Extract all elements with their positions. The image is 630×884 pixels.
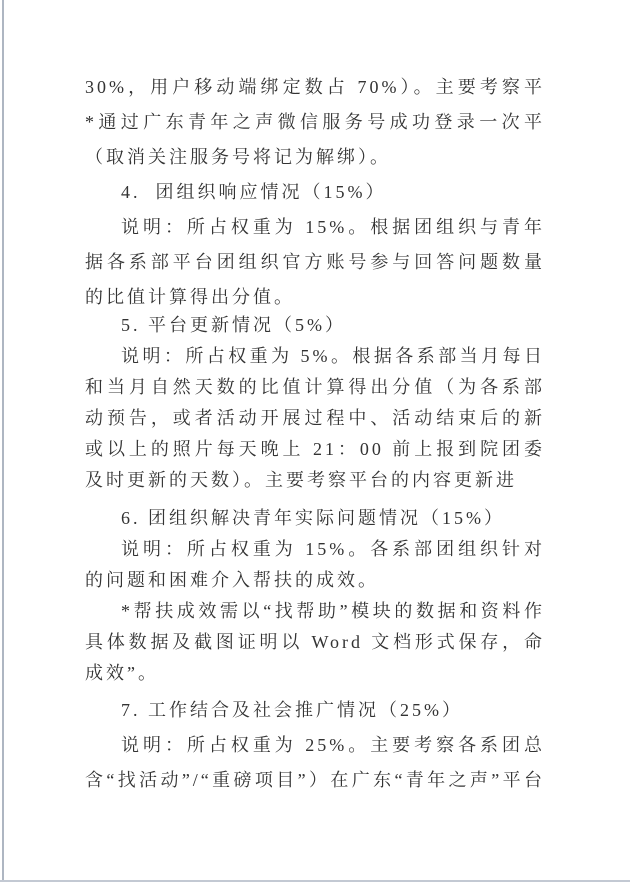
text-line: 说明：所占权重为 15%。各系部团组织针对青年在平台反映 — [85, 534, 545, 565]
text-line: 或以上的照片每天晚上 21：00 前上报到院团委张沛燊处，即视为 — [85, 434, 545, 465]
text-line: 说明：所占权重为 15%。根据团组织与青年互动的情况，根 — [85, 210, 545, 245]
text-line: *通过广东青年之声微信服务号成功登录一次平台，即绑定移动端 — [85, 105, 545, 140]
heading-5: 5. 平台更新情况（5%） — [85, 310, 545, 341]
document-page: 30%，用户移动端绑定数占 70%）。主要考察平台的用户增长。*通过广东青年之声… — [0, 0, 630, 884]
para-7: 说明：所占权重为 25%。主要考察各系团总支重点工作（包含“找活动”/“重磅项目… — [85, 728, 545, 798]
text-line: 和当月自然天数的比值计算得出分值（为各系部开展活动前的活 — [85, 372, 545, 403]
text-line: 成效”。 — [85, 658, 545, 689]
para-5: 说明：所占权重为 5%。根据各系部当月每日及时更新的天数和当月自然天数的比值计算… — [85, 341, 545, 496]
section-heading-line: 6. 团组织解决青年实际问题情况（15%） — [85, 503, 545, 534]
text-line: 30%，用户移动端绑定数占 70%）。主要考察平台的用户增长。 — [85, 70, 545, 105]
section-heading-line: 7. 工作结合及社会推广情况（25%） — [85, 695, 545, 726]
document-content: 30%，用户移动端绑定数占 70%）。主要考察平台的用户增长。*通过广东青年之声… — [85, 70, 545, 798]
para-continuation: 30%，用户移动端绑定数占 70%）。主要考察平台的用户增长。 — [85, 70, 545, 105]
text-line: （取消关注服务号将记为解绑）。 — [85, 140, 545, 175]
para-4: 说明：所占权重为 15%。根据团组织与青年互动的情况，根据各系部平台团组织官方账… — [85, 210, 545, 315]
heading-7: 7. 工作结合及社会推广情况（25%） — [85, 695, 545, 726]
text-line: *帮扶成效需以“找帮助”模块的数据和资料作为依据，并将 — [85, 596, 545, 627]
page-bottom-edge — [0, 880, 630, 882]
text-line: 动预告，或者活动开展过程中、活动结束后的新闻稿，以及 3 张 — [85, 403, 545, 434]
text-line: 据各系部平台团组织官方账号参与回答问题数量和本系学生人数 — [85, 245, 545, 280]
text-line: 具体数据及截图证明以 Word 文档形式保存，命名为“系部+帮扶 — [85, 627, 545, 658]
section-heading-line: 4. 团组织响应情况（15%） — [85, 175, 545, 210]
para-6: 说明：所占权重为 15%。各系部团组织针对青年在平台反映的问题和困难介入帮扶的成… — [85, 534, 545, 596]
text-line: 的问题和困难介入帮扶的成效。 — [85, 565, 545, 596]
para-6-note: *帮扶成效需以“找帮助”模块的数据和资料作为依据，并将具体数据及截图证明以 Wo… — [85, 596, 545, 689]
page-left-edge — [2, 0, 4, 880]
para-note-binding: *通过广东青年之声微信服务号成功登录一次平台，即绑定移动端（取消关注服务号将记为… — [85, 105, 545, 175]
text-line: 含“找活动”/“重磅项目”）在广东“青年之声”平台的投放情 — [85, 763, 545, 798]
heading-4: 4. 团组织响应情况（15%） — [85, 175, 545, 210]
section-heading-line: 5. 平台更新情况（5%） — [85, 310, 545, 341]
text-line: 说明：所占权重为 5%。根据各系部当月每日及时更新的天数 — [85, 341, 545, 372]
text-line: 及时更新的天数）。主要考察平台的内容更新进度。 — [85, 465, 545, 496]
text-line: 说明：所占权重为 25%。主要考察各系团总支重点工作（包 — [85, 728, 545, 763]
heading-6: 6. 团组织解决青年实际问题情况（15%） — [85, 503, 545, 534]
